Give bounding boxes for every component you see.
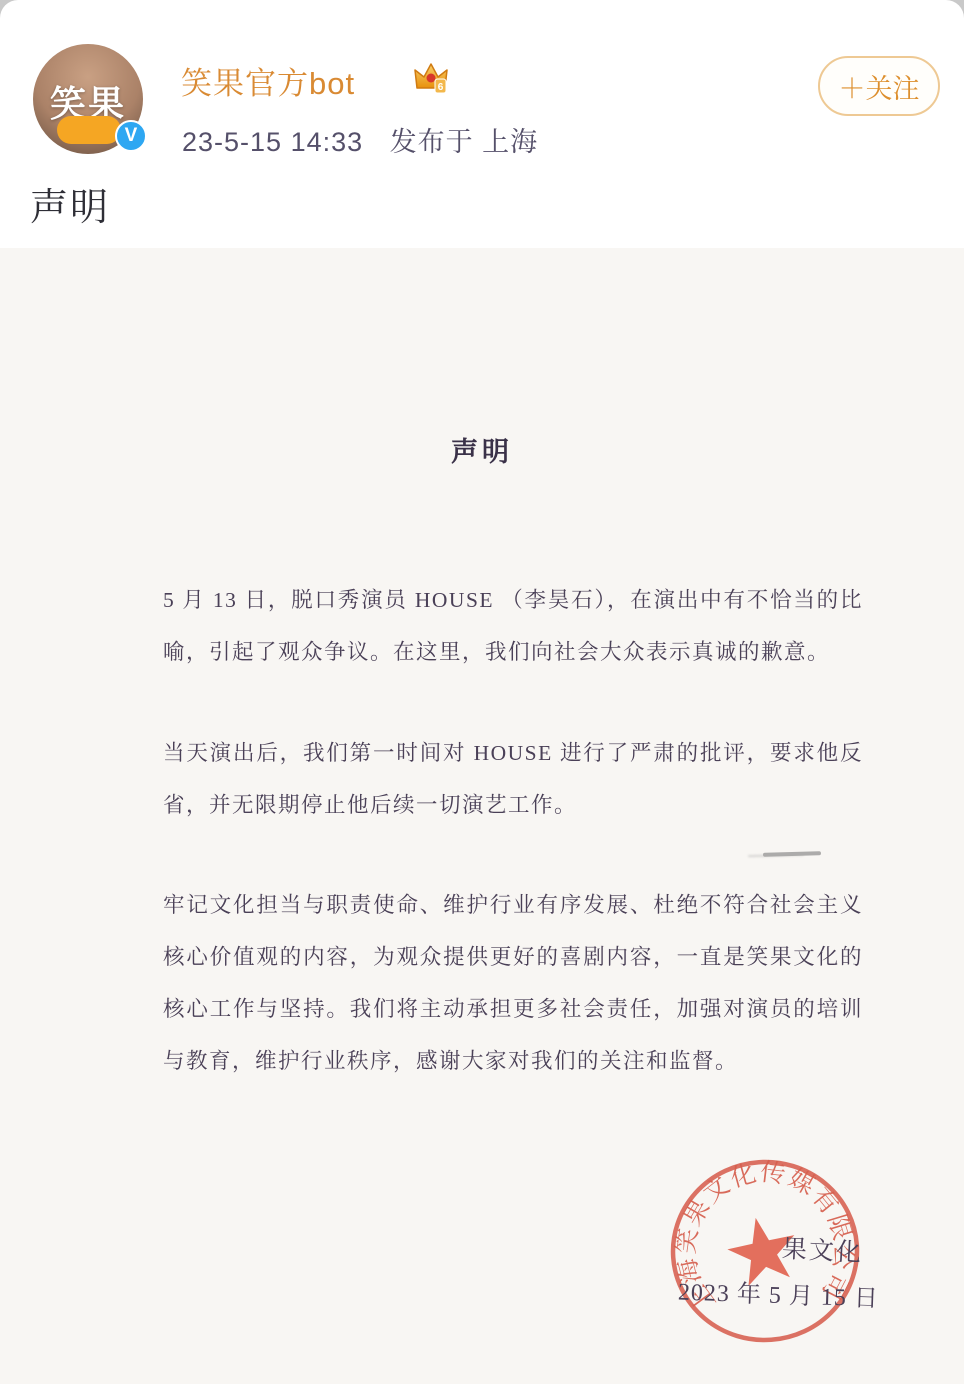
avatar[interactable]: 笑果 V — [33, 44, 143, 154]
post-meta: 23-5-15 14:33 发布于 上海 — [182, 120, 538, 159]
post-text: 声明 — [30, 176, 110, 231]
statement-paragraph-3: 牢记文化担当与职责使命、维护行业有序发展、杜绝不符合社会主义核心价值观的内容，为… — [163, 879, 863, 1087]
weibo-post-card: 笑果 V 笑果官方bot 6 23-5-15 14:33 发布于 上海 ＋关注 … — [0, 0, 964, 1384]
statement-paragraph-1: 5 月 13 日，脱口秀演员 HOUSE （李昊石），在演出中有不恰当的比喻，引… — [163, 574, 863, 678]
username-link[interactable]: 笑果官方bot — [181, 58, 355, 103]
ink-smudge — [763, 851, 821, 857]
svg-text:6: 6 — [438, 82, 444, 93]
seal-overlay-text: 果文化 — [781, 1229, 864, 1269]
statement-image[interactable]: 声明 5 月 13 日，脱口秀演员 HOUSE （李昊石），在演出中有不恰当的比… — [0, 248, 964, 1384]
follow-button[interactable]: ＋关注 — [818, 56, 940, 116]
company-seal: 上海笑果文化传媒有限公司 果文化 2023 年 5 月 15 日 — [660, 1153, 870, 1358]
vip-crown-icon: 6 — [412, 60, 450, 96]
publish-location: 发布于 上海 — [390, 127, 539, 157]
statement-paragraph-2: 当天演出后，我们第一时间对 HOUSE 进行了严肃的批评，要求他反省，并无限期停… — [163, 727, 863, 831]
verified-badge-icon: V — [115, 120, 147, 152]
timestamp: 23-5-15 14:33 — [182, 127, 363, 157]
statement-title: 声明 — [0, 430, 964, 469]
avatar-mouth-shape — [57, 116, 121, 144]
seal-date: 2023 年 5 月 15 日 — [677, 1272, 879, 1314]
